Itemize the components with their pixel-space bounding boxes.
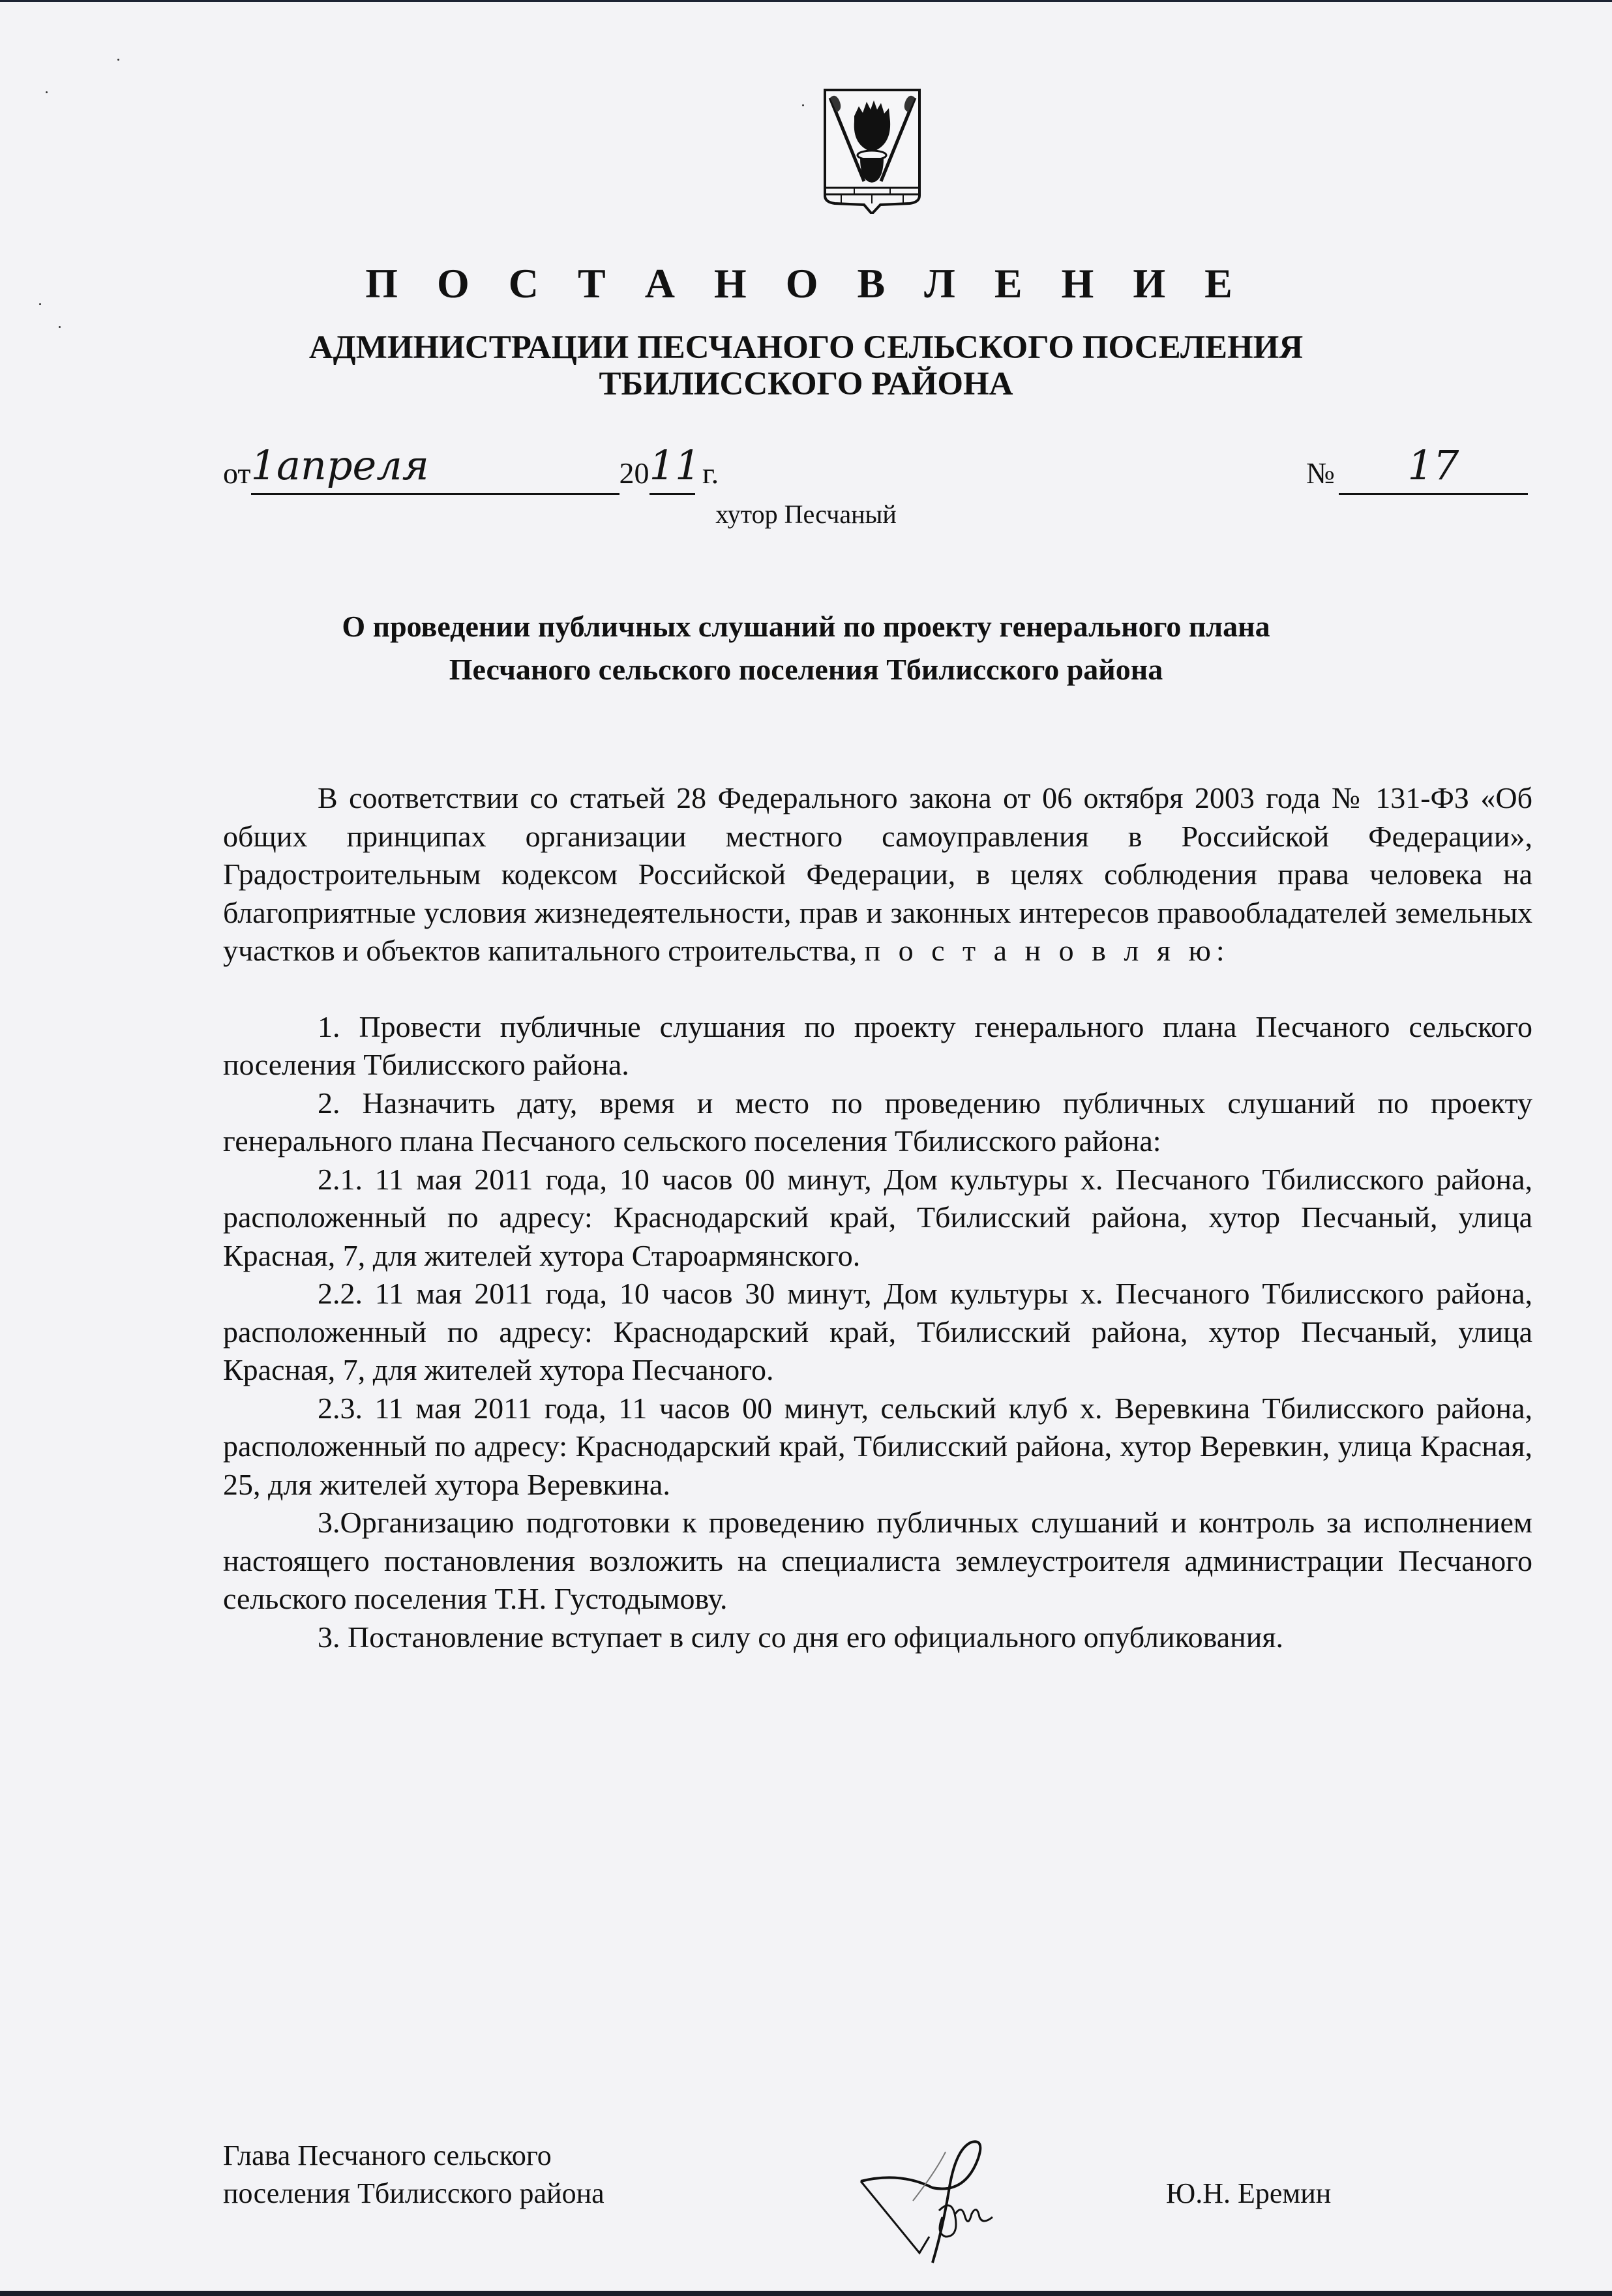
issuer-line-1: АДМИНИСТРАЦИИ ПЕСЧАНОГО СЕЛЬСКОГО ПОСЕЛЕ… [0, 329, 1612, 366]
scan-bottom-edge [0, 2291, 1612, 2296]
preamble-paragraph: В соответствии со статьей 28 Федеральног… [223, 779, 1532, 970]
signatory-position: Глава Песчаного сельского поселения Тбил… [223, 2137, 604, 2213]
decree-number: №17 [1306, 450, 1528, 495]
item-3-responsibility: 3.Организацию подготовки к проведению пу… [223, 1504, 1532, 1618]
position-line-2: поселения Тбилисского района [223, 2175, 604, 2213]
signatory-name: Ю.Н. Еремин [1166, 2175, 1331, 2213]
position-line-1: Глава Песчаного сельского [223, 2137, 604, 2175]
item-2-1: 2.1. 11 мая 2011 года, 10 часов 00 минут… [223, 1161, 1532, 1275]
heading-line-1: О проведении публичных слушаний по проек… [0, 605, 1612, 648]
handwritten-number: 17 [1407, 441, 1459, 489]
issuer-line-2: ТБИЛИССКОГО РАЙОНА [0, 366, 1612, 402]
scan-speck [117, 59, 119, 61]
decree-word: п о с т а н о в л я ю: [865, 934, 1230, 967]
decree-body: В соответствии со статьей 28 Федеральног… [223, 779, 1532, 1656]
date-day-month-field: 1апреля [251, 450, 619, 495]
item-2-3: 2.3. 11 мая 2011 года, 11 часов 00 минут… [223, 1390, 1532, 1504]
coat-of-arms-icon [818, 83, 926, 214]
handwritten-signature-icon [841, 2132, 1076, 2276]
date-year-prefix: 20 [619, 456, 649, 490]
handwritten-year: 11 [649, 441, 701, 489]
handwritten-day-month: 1апреля [251, 441, 429, 489]
scan-speck [1435, 1193, 1437, 1195]
decree-page: П О С Т А Н О В Л Е Н И Е АДМИНИСТРАЦИИ … [0, 0, 1612, 2296]
scan-speck [46, 91, 48, 93]
item-1: 1. Провести публичные слушания по проект… [223, 1008, 1532, 1084]
paragraph-gap [223, 970, 1532, 1008]
scan-speck [802, 104, 804, 106]
scan-speck [39, 303, 41, 305]
number-label: № [1306, 456, 1335, 490]
date-year-suffix: г. [702, 456, 719, 490]
decree-date: от1апреля2011 г. [223, 450, 719, 495]
scan-speck [59, 326, 61, 328]
date-year-field: 11 [649, 450, 695, 495]
document-type-title: П О С Т А Н О В Л Е Н И Е [0, 258, 1612, 310]
item-2: 2. Назначить дату, время и место по пров… [223, 1084, 1532, 1161]
item-3-effective: 3. Постановление вступает в силу со дня … [223, 1618, 1532, 1657]
issuer-heading: АДМИНИСТРАЦИИ ПЕСЧАНОГО СЕЛЬСКОГО ПОСЕЛЕ… [0, 329, 1612, 402]
decree-subject-heading: О проведении публичных слушаний по проек… [0, 605, 1612, 691]
number-field: 17 [1339, 450, 1528, 495]
place-of-issue: хутор Песчаный [0, 498, 1612, 531]
item-2-2: 2.2. 11 мая 2011 года, 10 часов 30 минут… [223, 1275, 1532, 1390]
date-prefix: от [223, 456, 251, 490]
heading-line-2: Песчаного сельского поселения Тбилисског… [0, 648, 1612, 691]
